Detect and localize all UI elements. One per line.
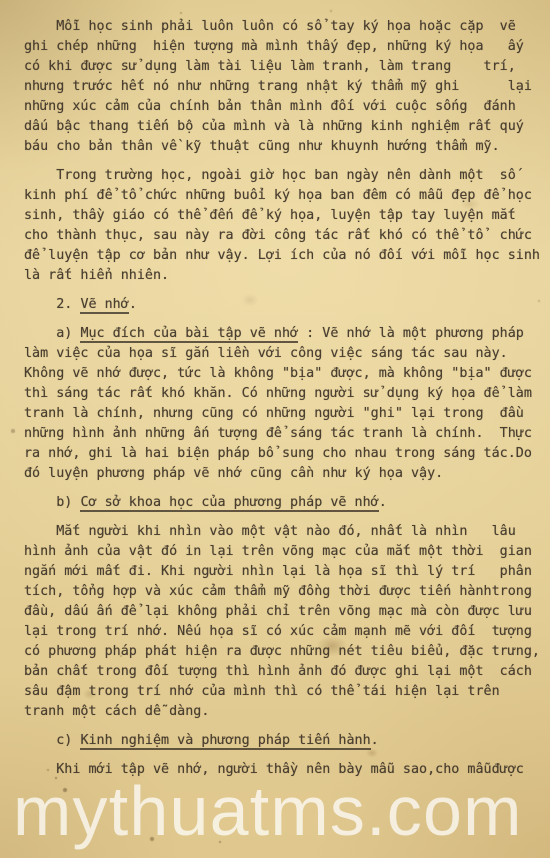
text-segment: .	[129, 297, 137, 312]
text-line: hình ảnh của vật đó in lại trên võng mạc…	[24, 542, 544, 562]
text-segment: nhưng trước hết nó như những trang nhật …	[24, 79, 532, 94]
text-segment: những hình ảnh những ấn tượng để sáng tá…	[24, 426, 532, 441]
text-line: tranh là chính, nhưng cũng có những ngườ…	[24, 404, 544, 424]
text-segment: đầu, dấu ấn để lại không phải chỉ trên v…	[24, 604, 532, 619]
text-line: những xúc cảm của chính bản thân mình đố…	[24, 97, 544, 117]
underlined-text: Cơ sở khoa học của phương pháp vẽ nhớ	[80, 495, 378, 512]
text-segment: .	[379, 495, 387, 510]
text-line: b) Cơ sở khoa học của phương pháp vẽ nhớ…	[24, 493, 544, 513]
text-line: kinh phí để tổ chức những buổi ký họa ba…	[24, 186, 544, 206]
underlined-text: Vẽ nhớ	[80, 297, 128, 314]
text-segment: Mỗi học sinh phải luôn luôn có sổ tay ký…	[24, 19, 516, 34]
text-line: tích, tổng hợp và xúc cảm thẩm mỹ đồng t…	[24, 582, 544, 602]
text-segment: tranh là chính, nhưng cũng có những ngườ…	[24, 406, 524, 421]
text-line: sâu đậm trong trí nhớ của mình thì có th…	[24, 682, 544, 702]
text-segment: bản chất trong đối tượng thì hình ảnh đó…	[24, 664, 532, 679]
text-segment: những xúc cảm của chính bản thân mình đố…	[24, 99, 516, 114]
text-segment: sâu đậm trong trí nhớ của mình thì có th…	[24, 684, 500, 699]
text-segment: ngắn mới mất đi. Khi người nhìn lại là h…	[24, 564, 532, 579]
text-segment: tích, tổng hợp và xúc cảm thẩm mỹ đồng t…	[24, 584, 532, 599]
text-line: để luyện tập cơ bản như vậy. Lợi ích của…	[24, 246, 544, 266]
text-line: những hình ảnh những ấn tượng để sáng tá…	[24, 424, 544, 444]
section-heading: 2. Vẽ nhớ.	[24, 295, 544, 315]
text-line: Mắt người khi nhìn vào một vật nào đó, n…	[24, 522, 544, 542]
text-line: ghi chép những hiện tượng mà mình thấy đ…	[24, 37, 544, 57]
text-segment: báu cho bản thân về kỹ thuật cũng như kh…	[24, 139, 500, 154]
text-line: Trong trường học, ngoài giờ học ban ngày…	[24, 166, 544, 186]
text-line: 2. Vẽ nhớ.	[24, 295, 544, 315]
text-segment: ra nhớ, ghi là hai biện pháp bổ sung cho…	[24, 446, 532, 461]
text-line: Không vẽ nhớ được, tức là không "bịa" đư…	[24, 364, 544, 384]
text-segment: lại trong trí nhớ. Nếu họa sĩ có xúc cảm…	[24, 624, 532, 639]
paragraph: Mắt người khi nhìn vào một vật nào đó, n…	[24, 522, 544, 722]
text-line: thì sáng tác rất khó khăn. Có những ngườ…	[24, 384, 544, 404]
text-segment: là rất hiển nhiên.	[24, 268, 169, 283]
text-line: Mỗi học sinh phải luôn luôn có sổ tay ký…	[24, 17, 544, 37]
text-line: a) Mục đích của bài tập vẽ nhớ : Vẽ nhớ …	[24, 324, 544, 344]
text-segment: Không vẽ nhớ được, tức là không "bịa" đư…	[24, 366, 532, 381]
section-heading: c) Kinh nghiệm và phương pháp tiến hành.	[24, 731, 544, 751]
paper-specks	[0, 0, 2, 2]
text-line: báu cho bản thân về kỹ thuật cũng như kh…	[24, 137, 544, 157]
paragraph: a) Mục đích của bài tập vẽ nhớ : Vẽ nhớ …	[24, 324, 544, 484]
text-line: tranh một cách dễ dàng.	[24, 702, 544, 722]
text-segment: tranh một cách dễ dàng.	[24, 704, 209, 719]
text-segment: kinh phí để tổ chức những buổi ký họa ba…	[24, 188, 532, 203]
text-line: cho thành thục, sau này ra đời công tác …	[24, 226, 544, 246]
text-line: có khi được sử dụng làm tài liệu làm tra…	[24, 57, 544, 77]
text-segment: 2.	[24, 297, 80, 312]
paragraph: Mỗi học sinh phải luôn luôn có sổ tay ký…	[24, 17, 544, 157]
text-line: c) Kinh nghiệm và phương pháp tiến hành.	[24, 731, 544, 751]
text-line: đó luyện phương pháp vẽ nhớ cũng cần như…	[24, 464, 544, 484]
text-segment: c)	[24, 733, 80, 748]
text-segment: làm việc của họa sĩ gắn liền với công vi…	[24, 346, 508, 361]
text-segment: b)	[24, 495, 80, 510]
text-line: nhưng trước hết nó như những trang nhật …	[24, 77, 544, 97]
text-line: ra nhớ, ghi là hai biện pháp bổ sung cho…	[24, 444, 544, 464]
text-line: ngắn mới mất đi. Khi người nhìn lại là h…	[24, 562, 544, 582]
text-line: dấu bậc thang tiến bộ của mình và là nhữ…	[24, 117, 544, 137]
text-line: lại trong trí nhớ. Nếu họa sĩ có xúc cảm…	[24, 622, 544, 642]
text-line: có phương pháp phát hiện ra được những n…	[24, 642, 544, 662]
text-line: bản chất trong đối tượng thì hình ảnh đó…	[24, 662, 544, 682]
text-segment: có phương pháp phát hiện ra được những n…	[24, 644, 540, 659]
text-segment: cho thành thục, sau này ra đời công tác …	[24, 228, 532, 243]
text-segment: có khi được sử dụng làm tài liệu làm tra…	[24, 59, 516, 74]
text-segment: Mắt người khi nhìn vào một vật nào đó, n…	[24, 524, 516, 539]
watermark: mythuatms.com	[13, 776, 523, 846]
section-heading: b) Cơ sở khoa học của phương pháp vẽ nhớ…	[24, 493, 544, 513]
text-segment: thì sáng tác rất khó khăn. Có những ngườ…	[24, 386, 532, 401]
underlined-text: Kinh nghiệm và phương pháp tiến hành	[80, 733, 370, 750]
text-line: là rất hiển nhiên.	[24, 266, 544, 286]
paragraph: Trong trường học, ngoài giờ học ban ngày…	[24, 166, 544, 286]
underlined-text: Mục đích của bài tập vẽ nhớ	[80, 326, 298, 343]
text-line: sinh, thầy giáo có thể đến để ký họa, lu…	[24, 206, 544, 226]
text-segment: sinh, thầy giáo có thể đến để ký họa, lu…	[24, 208, 516, 223]
text-segment: Trong trường học, ngoài giờ học ban ngày…	[24, 168, 516, 183]
text-segment: dấu bậc thang tiến bộ của mình và là nhữ…	[24, 119, 524, 134]
text-segment: a)	[24, 326, 80, 341]
text-block: Mỗi học sinh phải luôn luôn có sổ tay ký…	[24, 17, 544, 789]
text-line: đầu, dấu ấn để lại không phải chỉ trên v…	[24, 602, 544, 622]
text-segment: để luyện tập cơ bản như vậy. Lợi ích của…	[24, 248, 540, 263]
text-segment: .	[371, 733, 379, 748]
text-segment: ghi chép những hiện tượng mà mình thấy đ…	[24, 39, 524, 54]
text-segment: hình ảnh của vật đó in lại trên võng mạc…	[24, 544, 532, 559]
text-segment: : Vẽ nhớ là một phương pháp	[298, 326, 524, 341]
text-line: làm việc của họa sĩ gắn liền với công vi…	[24, 344, 544, 364]
text-segment: đó luyện phương pháp vẽ nhớ cũng cần như…	[24, 466, 443, 481]
